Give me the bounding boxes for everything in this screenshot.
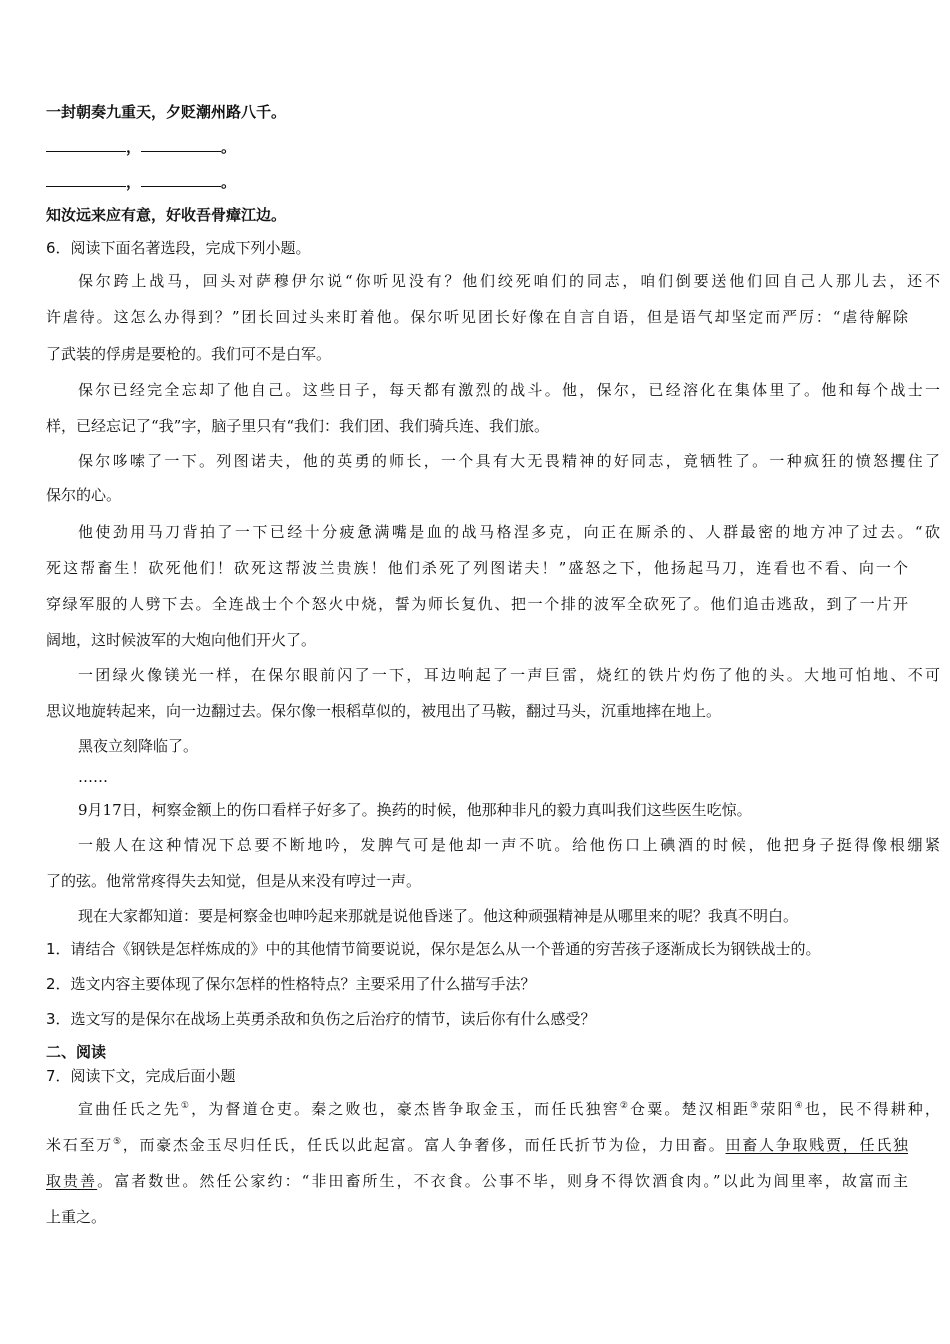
- underlined-sentence: 取贵善: [46, 1172, 97, 1190]
- q6-passage-line: 黑夜立刻降临了。: [46, 736, 940, 756]
- q7-passage-line: 宣曲任氏之先①，为督道仓吏。秦之败也，豪杰皆争取金玉，而任氏独窖②仓粟。楚汉相距…: [46, 1099, 940, 1119]
- q7-passage-line: 取贵善。富者数世。然任公家约：“非田畜所生，不衣食。公事不毕，则身不得饮酒食肉。…: [46, 1171, 908, 1191]
- fill-blank[interactable]: [46, 137, 126, 152]
- q6-passage-line: 现在大家都知道：要是柯察金也呻吟起来那就是说他昏迷了。他这种顽强精神是从哪里来的…: [46, 906, 940, 926]
- q6-question-3: 3．选文写的是保尔在战场上英勇杀敌和负伤之后治疗的情节，读后你有什么感受？: [46, 1009, 908, 1029]
- q7-passage-line: 上重之。: [46, 1207, 908, 1227]
- q7-passage-line: 米石至万⑤，而豪杰金玉尽归任氏，任氏以此起富。富人争奢侈，而任氏折节为俭，力田畜…: [46, 1135, 908, 1155]
- poem-blank-line-2: ，。: [46, 137, 908, 157]
- q6-ellipsis: ……: [46, 767, 940, 787]
- q6-question-2: 2．选文内容主要体现了保尔怎样的性格特点？主要采用了什么描写手法？: [46, 974, 908, 994]
- q6-passage-line: 保尔哆嗦了一下。列图诺夫，他的英勇的师长，一个具有大无畏精神的好同志，竟牺牲了。…: [46, 451, 940, 471]
- q6-passage-line: 了武装的俘虏是要枪的。我们可不是白军。: [46, 344, 908, 364]
- q6-passage-line: 9月17日，柯察金额上的伤口看样子好多了。换药的时候，他那种非凡的毅力真叫我们这…: [46, 800, 940, 820]
- fill-blank[interactable]: [46, 172, 126, 187]
- q6-passage-line: 保尔跨上战马，回头对萨穆伊尔说“你听见没有？他们绞死咱们的同志，咱们倒要送他们回…: [46, 271, 940, 291]
- document-page: 一封朝奏九重天，夕贬潮州路八千。 ，。 ，。 知汝远来应有意，好收吾骨瘴江边。 …: [0, 0, 950, 1344]
- underlined-sentence: 田畜人争取贱贾，任氏独: [726, 1136, 908, 1154]
- section-heading: 二、阅读: [46, 1042, 908, 1062]
- q6-passage-line: 许虐待。这怎么办得到？”团长回过头来盯着他。保尔听见团长好像在自言自语，但是语气…: [46, 307, 908, 327]
- poem-blank-line-3: ，。: [46, 172, 908, 192]
- q6-question-1: 1．请结合《钢铁是怎样炼成的》中的其他情节简要说说，保尔是怎么从一个普通的穷苦孩…: [46, 939, 908, 959]
- q6-passage-line: 一团绿火像镁光一样，在保尔眼前闪了一下，耳边响起了一声巨雷，烧红的铁片灼伤了他的…: [46, 665, 940, 685]
- q6-passage-line: 保尔已经完全忘却了他自己。这些日子，每天都有激烈的战斗。他，保尔，已经溶化在集体…: [46, 380, 940, 400]
- q6-passage-line: 死这帮畜生！砍死他们！砍死这帮波兰贵族！他们杀死了列图诺夫！”盛怒之下，他扬起马…: [46, 558, 908, 578]
- poem-line-1: 一封朝奏九重天，夕贬潮州路八千。: [46, 102, 908, 122]
- q6-title: 6．阅读下面名著选段，完成下列小题。: [46, 238, 908, 258]
- q6-passage-line: 他使劲用马刀背拍了一下已经十分疲惫满嘴是血的战马格涅多克，向正在厮杀的、人群最密…: [46, 522, 940, 542]
- q6-passage-line: 阔地，这时候波军的大炮向他们开火了。: [46, 630, 908, 650]
- q6-passage-line: 一般人在这种情况下总要不断地吟，发脾气可是他却一声不吭。给他伤口上碘酒的时候，他…: [46, 835, 940, 855]
- q6-passage-line: 穿绿军服的人劈下去。全连战士个个怒火中烧，誓为师长复仇、把一个排的波军全砍死了。…: [46, 594, 908, 614]
- q7-title: 7．阅读下文，完成后面小题: [46, 1066, 908, 1086]
- q6-passage-line: 保尔的心。: [46, 485, 908, 505]
- fill-blank[interactable]: [141, 137, 221, 152]
- poem-line-4: 知汝远来应有意，好收吾骨瘴江边。: [46, 205, 908, 225]
- q6-passage-line: 思议地旋转起来，向一边翻过去。保尔像一根稻草似的，被甩出了马鞍，翻过马头，沉重地…: [46, 701, 908, 721]
- q6-passage-line: 样，已经忘记了“我”字，脑子里只有“我们：我们团、我们骑兵连、我们旅。: [46, 416, 908, 436]
- q6-passage-line: 了的弦。他常常疼得失去知觉，但是从来没有哼过一声。: [46, 871, 908, 891]
- fill-blank[interactable]: [141, 172, 221, 187]
